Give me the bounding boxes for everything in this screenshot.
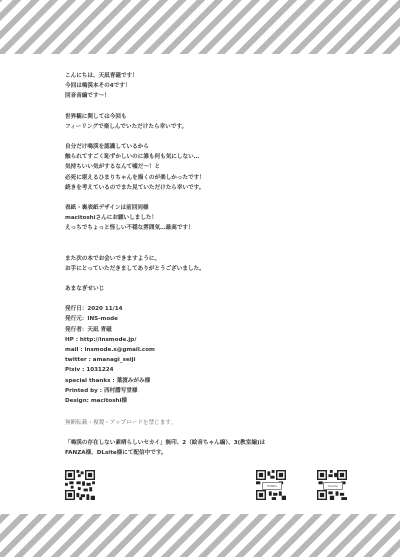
text-line: macitoshiさんにお願いしました！ — [65, 213, 365, 223]
text-line: 続きを考えているのでまた見ていただけたら幸いです。 — [65, 183, 365, 193]
copyright-notice: 無断転載・複製・アップロードを禁じます。 — [65, 418, 365, 428]
text-line: 自分だけ鳴渓を認識しているから — [65, 142, 365, 152]
qr-code[interactable] — [65, 470, 95, 500]
text-line: 表紙・裏表紙デザインは前回同様 — [65, 203, 365, 213]
text-line: FANZA様、DLsite様にて配信中です。 — [65, 448, 265, 458]
colophon-date: 発行日：2020 11/14 — [65, 304, 365, 314]
qr-code-fanza[interactable]: FANZA — [256, 470, 286, 500]
colophon-homepage: HP : http://insmode.jp/ — [65, 335, 365, 345]
text-line: えっちでちょっと怪しい不穏な雰囲気…最高です！ — [65, 223, 365, 233]
colophon-twitter: twitter : amanagi_seiji — [65, 355, 365, 365]
colophon-mail: mail : insmode.s@gmail.com — [65, 345, 365, 355]
bottom-stripe-band — [0, 514, 400, 557]
text-line: 今回は鳴渓本その4です！ — [65, 81, 365, 91]
text-line: 世界観に関しては今回も — [65, 112, 365, 122]
text-line: 「鳴渓の存在しない素晴らしいセカイ」無印、2（絵音ちゃん編）、3(教室編)は — [65, 438, 265, 448]
text-line: フィーリングで楽しんでいただけたら幸いです。 — [65, 122, 365, 132]
afterword-body: こんにちは、天凪青磁です！ 今回は鳴渓本その4です！ 回音音編です〜！ 世界観に… — [65, 71, 365, 428]
text-line: お手にとっていただきましてありがとうございました。 — [65, 264, 365, 274]
world-paragraph: 世界観に関しては今回も フィーリングで楽しんでいただけたら幸いです。 — [65, 112, 365, 132]
qr-label-fanza: FANZA — [262, 482, 282, 490]
colophon: 発行日：2020 11/14 発行元：INS-mode 発行者：天凪 青磁 HP… — [65, 304, 365, 406]
text-line: 触られてすごく恥ずかしいのに誰も何も気にしない… — [65, 152, 365, 162]
qr-label-dlsite: DLsite — [323, 482, 343, 490]
colophon-printer: Printed by : 西村謄写堂様 — [65, 386, 365, 396]
colophon-publisher: 発行元：INS-mode — [65, 314, 365, 324]
cover-design-paragraph: 表紙・裏表紙デザインは前回同様 macitoshiさんにお願いしました！ えっち… — [65, 203, 365, 234]
colophon-special-thanks: special thanks : 葉渡みがみ様 — [65, 376, 365, 386]
text-line: 必死に堪えるひまりちゃんを描くのが楽しかったです！ — [65, 173, 365, 183]
top-stripe-band — [0, 0, 400, 54]
text-line: 回音音編です〜！ — [65, 91, 365, 101]
colophon-pixiv: Pixiv : 1031224 — [65, 365, 365, 375]
qr-code-icon — [65, 470, 95, 500]
distribution-notice: 「鳴渓の存在しない素晴らしいセカイ」無印、2（絵音ちゃん編）、3(教室編)は F… — [65, 438, 265, 458]
author-signature: あまなぎせいじ — [65, 284, 365, 294]
text-line: また次の本でお会いできますように。 — [65, 254, 365, 264]
thanks-paragraph: また次の本でお会いできますように。 お手にとっていただきましてありがとうございま… — [65, 254, 365, 274]
qr-code-dlsite[interactable]: DLsite — [317, 470, 347, 500]
greeting-paragraph: こんにちは、天凪青磁です！ 今回は鳴渓本その4です！ 回音音編です〜！ — [65, 71, 365, 102]
text-line: 気持ちいい気がするなんて嘘だ〜！と — [65, 162, 365, 172]
story-paragraph: 自分だけ鳴渓を認識しているから 触られてすごく恥ずかしいのに誰も何も気にしない…… — [65, 142, 365, 193]
colophon-design: Design: macitoshi様 — [65, 396, 365, 406]
text-line: こんにちは、天凪青磁です！ — [65, 71, 365, 81]
colophon-author: 発行者：天凪 青磁 — [65, 325, 365, 335]
